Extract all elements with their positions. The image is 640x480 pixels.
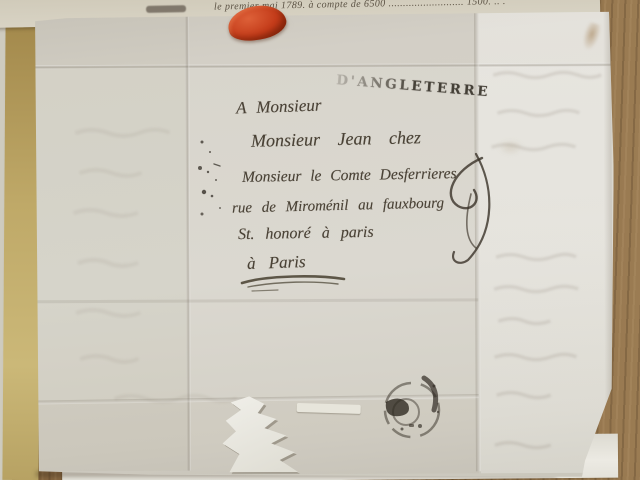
show-through-writing <box>487 51 609 462</box>
circular-ink-postmark <box>376 372 450 450</box>
address-line-1: A Monsieur <box>236 96 322 119</box>
address-line-5: St. honoré à paris <box>238 224 374 244</box>
printed-stamp-smudge <box>146 5 186 13</box>
underline-flourish <box>238 271 350 295</box>
torn-paper-sliver <box>297 403 361 414</box>
folded-letter-envelope <box>27 11 615 480</box>
manuscript-rate-flourish <box>424 152 504 270</box>
address-line-2: Monsieur Jean chez <box>251 127 421 152</box>
ink-specks <box>194 130 236 232</box>
photo-of-letter: le premier mai 1789. à compte de 6500 ..… <box>0 0 640 480</box>
